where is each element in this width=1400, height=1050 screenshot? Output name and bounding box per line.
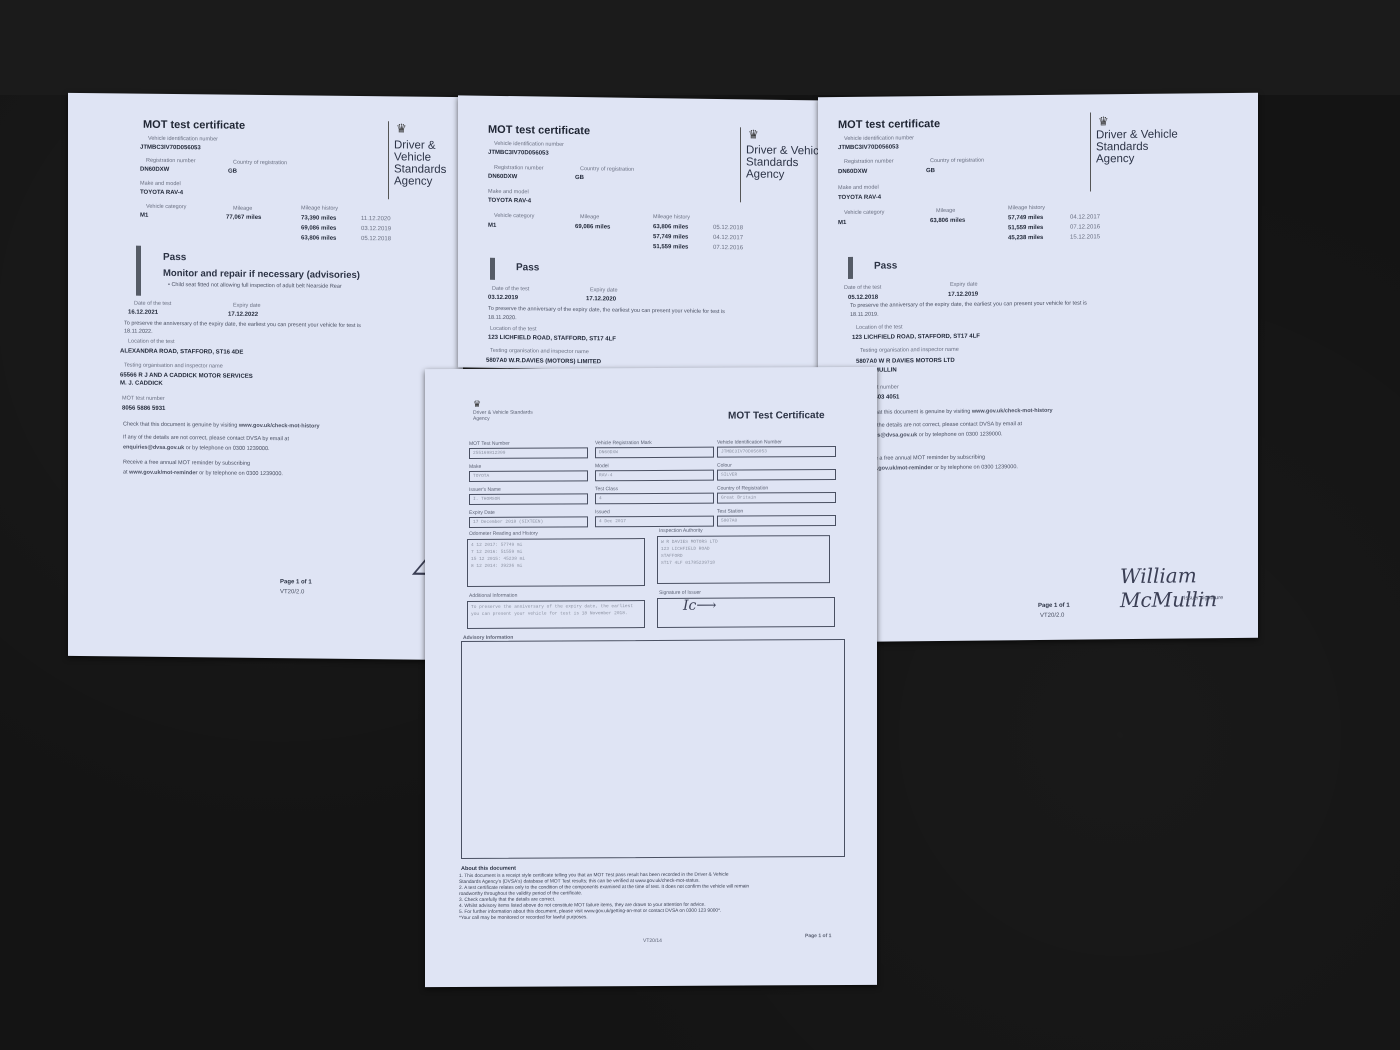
field-value: DN60DXW [595,447,714,459]
vin-label: Vehicle identification number [148,136,218,143]
signature-box: Ic⟶ [657,597,835,628]
additional-label: Additional Information [469,593,517,599]
reminder-phone: or by telephone on 0300 1239000. [199,470,283,477]
make-model-label: Make and model [838,185,879,191]
contact-line: enquiries@dvsa.gov.uk or by telephone on… [856,431,1003,439]
make-model-value: TOYOTA RAV-4 [140,190,183,196]
form-version: VT20/2.0 [280,589,304,595]
dvsa-logo: Driver & Vehicle Standards Agency [388,121,463,200]
vin-label: Vehicle identification number [494,141,564,148]
advisory-heading: Monitor and repair if necessary (advisor… [163,268,360,281]
contact-text: If any of the details are not correct, p… [856,421,1022,429]
date-test-label: Date of the test [844,285,881,291]
location-value: 123 LICHFIELD ROAD, STAFFORD, ST17 4LF [852,334,980,341]
field-label: Vehicle Registration Mark [595,440,652,446]
check-line: Check that this document is genuine by v… [856,408,1053,416]
category-label: Vehicle category [844,210,884,216]
location-label: Location of the test [856,324,902,330]
field-value: RAV-4 [595,470,714,482]
certificate-2017-legacy: ♛ Driver & Vehicle Standards Agency MOT … [425,367,877,987]
make-model-label: Make and model [488,189,529,196]
reminder-text: Receive a free annual MOT reminder by su… [123,460,250,467]
org-label: Testing organisation and inspector name [124,363,223,370]
result-pass: Pass [874,260,897,271]
form-version: VT20/2.0 [1040,613,1064,619]
history-miles: 51,559 miles [653,244,688,250]
certificate-2019: MOT test certificate Vehicle identificat… [458,95,836,372]
reg-value: DN60DXW [488,174,517,180]
agency-line: Agency [746,168,828,181]
location-label: Location of the test [490,326,536,333]
category-value: M1 [140,213,148,219]
expiry-value: 17.12.2022 [228,312,258,318]
field-label: Colour [717,463,732,469]
history-date: 03.12.2019 [361,226,391,232]
history-miles: 57,749 miles [653,234,688,240]
advisory-item: • Child seat fitted not allowing full in… [168,282,342,290]
reg-value: DN60DXW [838,169,867,175]
country-label: Country of registration [580,166,634,173]
about-text: 1. This document is a receipt style cert… [459,872,844,922]
field-label: Expiry Date [469,510,495,516]
history-miles: 63,806 miles [653,224,688,230]
date-test-label: Date of the test [134,301,171,307]
inspector-value: M. J. CADDICK [120,380,163,386]
mileage-value: 77,067 miles [226,215,261,221]
reminder-line: at www.gov.uk/mot-reminder or by telepho… [123,470,283,478]
field-value: 17 December 2018 (SIXTEEN) [469,516,588,528]
field-label: Test Class [595,486,618,492]
cert-title: MOT Test Certificate [728,410,825,422]
preserve-date: 18.11.2022. [124,329,153,335]
expiry-value: 17.12.2019 [948,292,978,298]
cert-title: MOT test certificate [488,124,590,137]
preserve-date: 18.11.2019. [850,312,879,318]
make-model-value: TOYOTA RAV-4 [838,195,881,201]
expiry-label: Expiry date [950,282,978,288]
reminder-url: www.gov.uk/mot-reminder [129,470,197,477]
preserve-text: To preserve the anniversary of the expir… [124,321,361,329]
location-label: Location of the test [128,339,174,345]
location-value: ALEXANDRA ROAD, STAFFORD, ST16 4DE [120,348,243,355]
test-number-value: 8056 5886 5931 [122,405,165,411]
field-label: Model [595,463,609,469]
country-value: GB [926,168,935,174]
check-url: www.gov.uk/check-mot-history [239,423,320,430]
vin-value: JTMBC3IV70D056053 [838,144,899,151]
date-test-value: 03.12.2019 [488,295,518,301]
result-pass: Pass [516,262,539,273]
field-value: 4 [595,493,714,505]
about-line: *Your call may be monitored or recorded … [459,914,844,922]
check-text: Check that this document is genuine by v… [123,422,237,429]
about-heading: About this document [461,866,516,872]
history-date: 05.12.2018 [361,236,391,242]
reminder-text: Receive a free annual MOT reminder by su… [858,455,985,462]
result-bar [848,257,853,279]
advisory-box [461,639,845,859]
issuer-signature: Ic⟶ [683,603,716,610]
form-code: VT20/14 [643,938,662,944]
odometer-label: Odometer Reading and History [469,531,538,537]
history-date: 07.12.2016 [1070,224,1100,230]
category-label: Vehicle category [494,213,534,220]
date-test-value: 16.12.2021 [128,310,158,316]
mileage-label: Mileage [936,208,955,214]
reg-label: Registration number [146,158,196,165]
history-date: 04.12.2017 [1070,214,1100,220]
org-value: 5807A0 W R DAVIES MOTORS LTD [856,358,955,365]
reg-label: Registration number [494,165,544,172]
history-date: 05.12.2018 [713,225,743,231]
history-miles: 45,238 miles [1008,235,1043,241]
mileage-history-label: Mileage history [301,205,338,211]
mileage-value: 69,086 miles [575,224,610,230]
expiry-value: 17.12.2020 [586,296,616,302]
make-model-label: Make and model [140,181,181,187]
vin-value: JTMBC3IV70D056053 [488,150,549,157]
field-value: TOYOTA [469,470,588,482]
field-value: SILVER [717,469,836,481]
contact-email: enquiries@dvsa.gov.uk [123,445,184,452]
make-model-value: TOYOTA RAV-4 [488,198,531,205]
reminder-line: at www.gov.uk/mot-reminder or by telepho… [858,464,1018,472]
certificate-2018: MOT test certificate Vehicle identificat… [818,93,1258,643]
history-date: 07.12.2016 [713,245,743,251]
agency-line: Agency [394,175,463,188]
category-label: Vehicle category [146,204,186,210]
result-bar [490,258,495,280]
history-miles: 73,390 miles [301,215,336,221]
field-value: 4 Dec 2017 [595,516,714,528]
dvsa-logo: Driver & Vehicle Standards Agency [1090,112,1178,192]
mileage-label: Mileage [580,214,599,220]
history-miles: 69,086 miles [301,225,336,231]
field-label: MOT Test Number [469,441,510,447]
page-number: Page 1 of 1 [805,933,831,939]
royal-crest-icon: ♛ [473,399,481,410]
agency-line: Standards [1096,141,1178,154]
page-number: Page 1 of 1 [280,579,312,585]
date-test-value: 05.12.2018 [848,295,878,301]
field-value: I. THOMSON [469,493,588,505]
vin-value: JTMBC3IV70D056053 [140,145,201,152]
mileage-history-label: Mileage history [1008,205,1045,211]
check-line: Check that this document is genuine by v… [123,422,320,430]
test-number-label: MOT test number [122,395,165,401]
field-label: Country of Registration [717,485,768,491]
dvsa-logo: Driver & Vehicle Standards Agency [740,127,828,203]
reminder-at: at [123,470,128,476]
result-pass: Pass [163,252,186,263]
dvsa-logo: Driver & Vehicle Standards Agency [473,411,533,422]
field-label: Make [469,464,481,470]
country-value: GB [228,169,237,175]
expiry-label: Expiry date [233,303,261,309]
expiry-label: Expiry date [590,287,618,293]
field-label: Vehicle Identification Number [717,439,782,445]
field-label: Issuer's Name [469,487,501,493]
authority-box: W R DAVIES MOTORS LTD 123 LICHFIELD ROAD… [657,535,830,584]
agency-line: Standards [746,156,828,169]
location-value: 123 LICHFIELD ROAD, STAFFORD, ST17 4LF [488,335,616,343]
additional-box: To preserve the anniversary of the expir… [467,600,645,629]
history-date: 04.12.2017 [713,235,743,241]
org-label: Testing organisation and inspector name [860,347,959,354]
history-date: 15.12.2015 [1070,234,1100,240]
certificate-2021: MOT test certificate Vehicle identificat… [68,93,463,660]
reg-label: Registration number [844,159,894,166]
authority-label: Inspection Authority [659,528,703,534]
check-url: www.gov.uk/check-mot-history [972,408,1053,415]
field-value: 5807A0 [717,515,836,527]
odometer-box: 4 12 2017: 57749 mi 7 12 2016: 51559 mi … [467,538,645,587]
country-label: Country of registration [930,158,984,165]
signature-label: Signature of Issuer [659,590,701,596]
agency-line: Driver & Vehicle [1096,129,1178,142]
field-label: Issued [595,509,610,515]
date-test-label: Date of the test [492,286,529,293]
agency-line: Standards [394,163,463,176]
category-value: M1 [838,220,846,226]
contact-line: enquiries@dvsa.gov.uk or by telephone on… [123,445,270,453]
issuer-signature: William McMullin [1120,563,1258,612]
history-miles: 57,749 miles [1008,215,1043,221]
authority-line: ST17 4LF 01785239718 [661,559,826,567]
history-miles: 63,806 miles [301,235,336,241]
org-value: 5807A0 W.R.DAVIES (MOTORS) LIMITED [486,358,601,366]
contact-phone: or by telephone on 0300 1239000. [919,431,1003,438]
field-label: Test Station [717,509,743,515]
category-value: M1 [488,223,496,229]
agency-line: Driver & Vehicle [746,144,828,157]
vin-label: Vehicle identification number [844,135,914,142]
org-label: Testing organisation and inspector name [490,348,589,355]
odometer-entry: 8 12 2014: 39236 mi [471,562,641,570]
mileage-history-label: Mileage history [653,214,690,221]
preserve-date: 18.11.2020. [488,315,517,321]
page-number: Page 1 of 1 [1038,603,1070,609]
field-value: 255169812309 [469,447,588,459]
agency-line: Agency [1096,153,1178,166]
history-date: 11.12.2020 [361,216,391,222]
country-value: GB [575,175,584,181]
mileage-value: 63,806 miles [930,218,965,224]
reg-value: DN60DXW [140,167,169,173]
carpet-background [0,0,1400,95]
cert-title: MOT test certificate [143,119,245,132]
preserve-text: To preserve the anniversary of the expir… [850,300,1087,308]
org-value: 65566 R J AND A CADDICK MOTOR SERVICES [120,372,253,379]
result-bar [136,246,141,296]
contact-phone: or by telephone on 0300 1239000. [186,445,270,452]
reminder-phone: or by telephone on 0300 1239000. [934,464,1018,471]
preserve-text: To preserve the anniversary of the expir… [488,306,725,315]
field-value: Great Britain [717,492,836,504]
country-label: Country of registration [233,160,287,167]
contact-text: If any of the details are not correct, p… [123,435,289,443]
issuer-signature-label: Issuer signature [1184,595,1223,601]
cert-title: MOT test certificate [838,118,940,131]
agency-line: Driver & Vehicle [394,139,463,164]
history-miles: 51,559 miles [1008,225,1043,231]
mileage-label: Mileage [233,206,252,212]
field-value: JTMBC3IV70D056053 [717,446,836,458]
